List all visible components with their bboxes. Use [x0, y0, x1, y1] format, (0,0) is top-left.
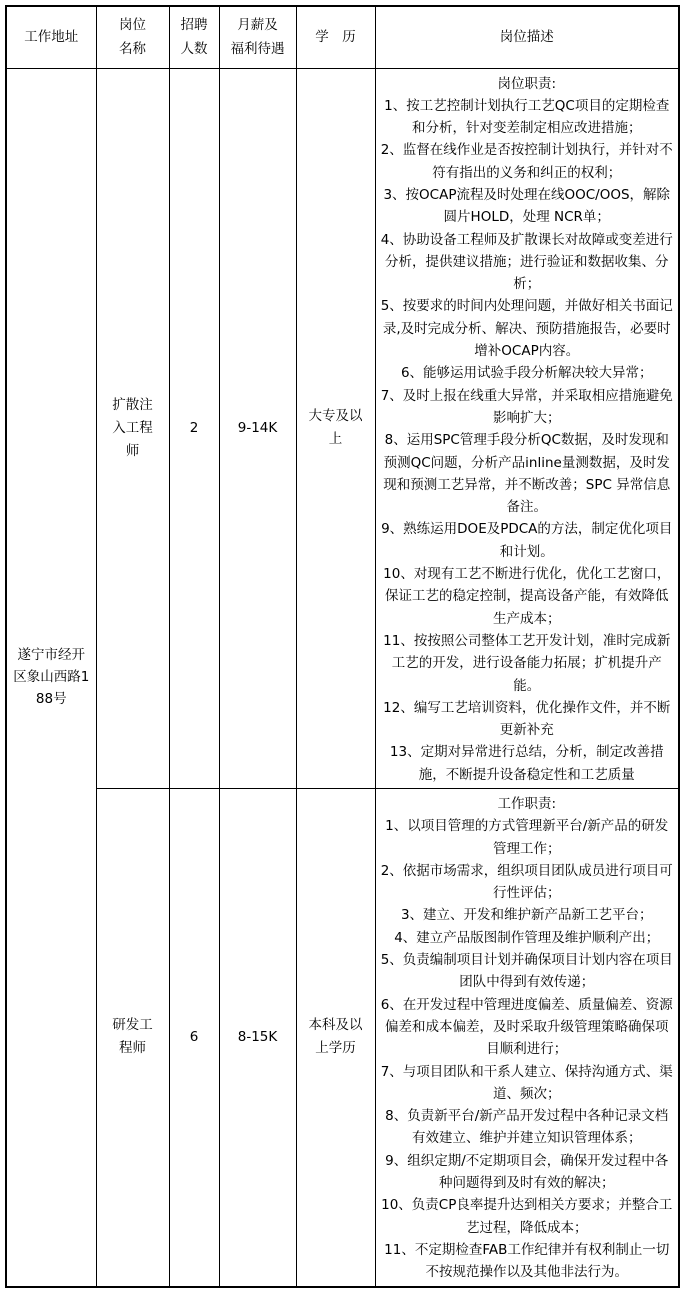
description-paragraph: 12、编写工艺培训资料，优化操作文件，并不断更新补充 [379, 697, 676, 742]
page: 工作地址 岗位 名称 招聘 人数 月薪及 福利待遇 学 历 岗位描述 遂宁市经开… [0, 0, 685, 1293]
description-paragraph: 10、负责CP良率提升达到相关方要求；并整合工艺过程，降低成本； [379, 1194, 676, 1239]
description-paragraph: 4、协助设备工程师及扩散课长对故障或变差进行分析，提供建议措施；进行验证和数据收… [379, 229, 676, 296]
header-salary-benefits: 月薪及 福利待遇 [219, 6, 296, 68]
description-paragraph: 7、及时上报在线重大异常，并采取相应措施避免影响扩大； [379, 385, 676, 430]
description-paragraph: 13、定期对异常进行总结，分析，制定改善措施，不断提升设备稳定性和工艺质量 [379, 741, 676, 786]
description-paragraph: 2、监督在线作业是否按控制计划执行，并针对不符有指出的义务和纠正的权利； [379, 139, 676, 184]
headcount-cell: 6 [169, 789, 219, 1287]
description-paragraph: 5、负责编制项目计划并确保项目计划内容在项目团队中得到有效传递； [379, 949, 676, 994]
description-paragraph: 10、对现有工艺不断进行优化，优化工艺窗口，保证工艺的稳定控制，提高设备产能，有… [379, 563, 676, 630]
job-postings-table: 工作地址 岗位 名称 招聘 人数 月薪及 福利待遇 学 历 岗位描述 遂宁市经开… [5, 5, 680, 1288]
table-row-diffusion-engineer: 遂宁市经开区象山西路188号 扩散注入工程师 2 9-14K 大专及以上 岗位职… [6, 68, 679, 789]
header-job-description: 岗位描述 [375, 6, 679, 68]
job-title-cell: 扩散注入工程师 [96, 68, 169, 789]
header-row: 工作地址 岗位 名称 招聘 人数 月薪及 福利待遇 学 历 岗位描述 [6, 6, 679, 68]
header-work-address: 工作地址 [6, 6, 96, 68]
description-paragraph: 8、负责新平台/新产品开发过程中各种记录文档有效建立、维护并建立知识管理体系； [379, 1105, 676, 1150]
description-paragraph: 岗位职责: [379, 73, 676, 95]
description-paragraph: 5、按要求的时间内处理问题，并做好相关书面记录,及时完成分析、解决、预防措施报告… [379, 295, 676, 362]
header-job-title: 岗位 名称 [96, 6, 169, 68]
description-paragraph: 1、按工艺控制计划执行工艺QC项目的定期检查和分析，针对变差制定相应改进措施； [379, 95, 676, 140]
table-row-rd-engineer: 研发工程师 6 8-15K 本科及以上学历 工作职责:1、以项目管理的方式管理新… [6, 789, 679, 1287]
description-paragraph: 9、组织定期/不定期项目会，确保开发过程中各种问题得到及时有效的解决； [379, 1150, 676, 1195]
description-paragraph: 6、能够运用试验手段分析解决较大异常； [379, 362, 676, 384]
job-description-cell: 岗位职责:1、按工艺控制计划执行工艺QC项目的定期检查和分析，针对变差制定相应改… [375, 68, 679, 789]
description-paragraph: 2、依据市场需求，组织项目团队成员进行项目可行性评估； [379, 860, 676, 905]
headcount-cell: 2 [169, 68, 219, 789]
description-paragraph: 4、建立产品版图制作管理及维护顺利产出； [379, 927, 676, 949]
education-cell: 本科及以上学历 [296, 789, 375, 1287]
description-paragraph: 1、以项目管理的方式管理新平台/新产品的研发管理工作； [379, 815, 676, 860]
description-paragraph: 7、与项目团队和干系人建立、保持沟通方式、渠道、频次； [379, 1061, 676, 1106]
job-description-cell: 工作职责:1、以项目管理的方式管理新平台/新产品的研发管理工作；2、依据市场需求… [375, 789, 679, 1287]
description-paragraph: 9、熟练运用DOE及PDCA的方法，制定优化项目和计划。 [379, 518, 676, 563]
salary-cell: 8-15K [219, 789, 296, 1287]
education-cell: 大专及以上 [296, 68, 375, 789]
table-header: 工作地址 岗位 名称 招聘 人数 月薪及 福利待遇 学 历 岗位描述 [6, 6, 679, 68]
description-paragraph: 11、不定期检查FAB工作纪律并有权利制止一切不按规范操作以及其他非法行为。 [379, 1239, 676, 1284]
header-headcount: 招聘 人数 [169, 6, 219, 68]
description-paragraph: 3、建立、开发和维护新产品新工艺平台； [379, 904, 676, 926]
description-paragraph: 6、在开发过程中管理进度偏差、质量偏差、资源偏差和成本偏差，及时采取升级管理策略… [379, 994, 676, 1061]
description-paragraph: 11、按按照公司整体工艺开发计划，准时完成新工艺的开发，进行设备能力拓展；扩机提… [379, 630, 676, 697]
description-paragraph: 工作职责: [379, 793, 676, 815]
job-title-cell: 研发工程师 [96, 789, 169, 1287]
header-education: 学 历 [296, 6, 375, 68]
table-body: 遂宁市经开区象山西路188号 扩散注入工程师 2 9-14K 大专及以上 岗位职… [6, 68, 679, 1287]
work-address-cell: 遂宁市经开区象山西路188号 [6, 68, 96, 1287]
description-paragraph: 8、运用SPC管理手段分析QC数据，及时发现和预测QC问题，分析产品inline… [379, 429, 676, 518]
description-paragraph: 3、按OCAP流程及时处理在线OOC/OOS，解除圆片HOLD，处理 NCR单； [379, 184, 676, 229]
salary-cell: 9-14K [219, 68, 296, 789]
